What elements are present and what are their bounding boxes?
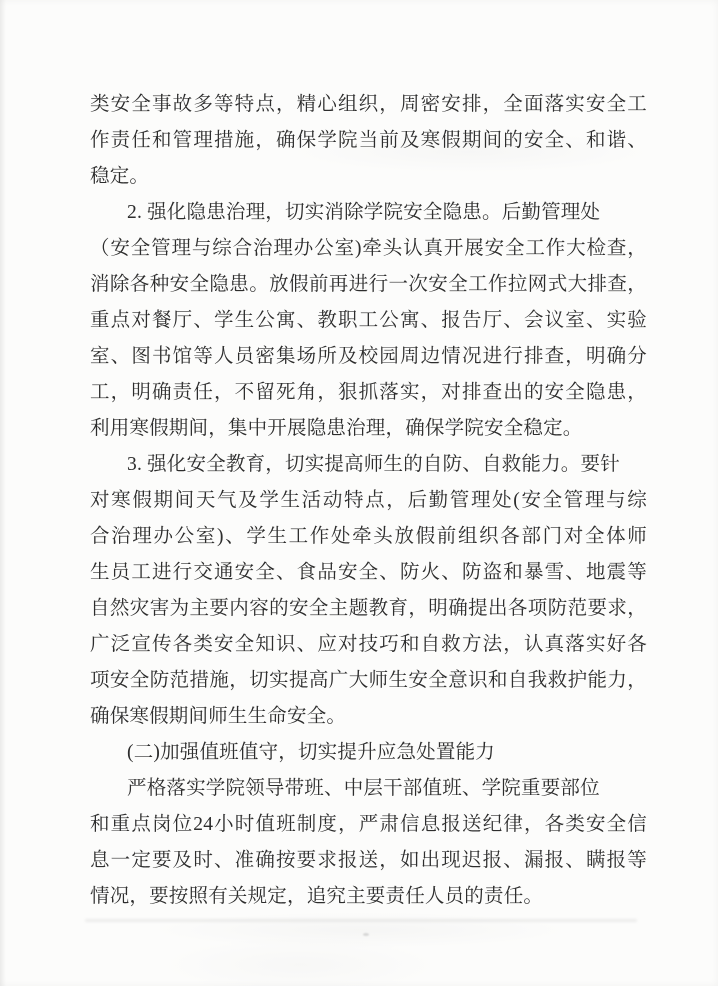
text-line: 息一定要及时、准确按要求报送，如出现迟报、漏报、瞒报等 [90, 843, 647, 879]
text-line: 重点对餐厅、学生公寓、教职工公寓、报告厅、会议室、实验 [90, 303, 647, 339]
scan-artifact-streak [85, 919, 637, 922]
text-line: 项安全防范措施，切实提高广大师生安全意识和自我救护能力， [90, 663, 647, 699]
text-line: 利用寒假期间，集中开展隐患治理，确保学院安全稳定。 [90, 411, 647, 447]
text-line: 消除各种安全隐患。放假前再进行一次安全工作拉网式大排查， [90, 267, 647, 303]
scan-artifact-dot [363, 933, 369, 936]
text-line: 确保寒假期间师生生命安全。 [90, 699, 647, 735]
text-line: 3. 强化安全教育，切实提高师生的自防、自救能力。要针 [90, 447, 647, 483]
text-line: 2. 强化隐患治理，切实消除学院安全隐患。后勤管理处 [90, 195, 647, 231]
text-line: 对寒假期间天气及学生活动特点，后勤管理处(安全管理与综 [90, 483, 647, 519]
text-line: （安全管理与综合治理办公室)牵头认真开展安全工作大检查， [90, 231, 647, 267]
text-line: 作责任和管理措施，确保学院当前及寒假期间的安全、和谐、 [90, 123, 647, 159]
text-line: 合治理办公室)、学生工作处牵头放假前组织各部门对全体师 [90, 519, 647, 555]
text-line: (二)加强值班值守，切实提升应急处置能力 [90, 735, 647, 771]
scan-edge-shadow [0, 0, 6, 986]
scanned-page: 类安全事故多等特点，精心组织，周密安排，全面落实安全工作责任和管理措施，确保学院… [0, 0, 718, 986]
text-line: 广泛宣传各类安全知识、应对技巧和自救方法，认真落实好各 [90, 627, 647, 663]
text-line: 情况，要按照有关规定，追究主要责任人员的责任。 [90, 879, 647, 915]
text-line: 室、图书馆等人员密集场所及校园周边情况进行排查，明确分 [90, 339, 647, 375]
text-line: 和重点岗位24小时值班制度，严肃信息报送纪律，各类安全信 [90, 807, 647, 843]
document-text: 类安全事故多等特点，精心组织，周密安排，全面落实安全工作责任和管理措施，确保学院… [90, 87, 647, 915]
text-line: 自然灾害为主要内容的安全主题教育，明确提出各项防范要求， [90, 591, 647, 627]
text-line: 类安全事故多等特点，精心组织，周密安排，全面落实安全工 [90, 87, 647, 123]
text-line: 严格落实学院领导带班、中层干部值班、学院重要部位 [90, 771, 647, 807]
text-line: 生员工进行交通安全、食品安全、防火、防盗和暴雪、地震等 [90, 555, 647, 591]
text-line: 工，明确责任，不留死角，狠抓落实，对排查出的安全隐患， [90, 375, 647, 411]
text-line: 稳定。 [90, 159, 647, 195]
